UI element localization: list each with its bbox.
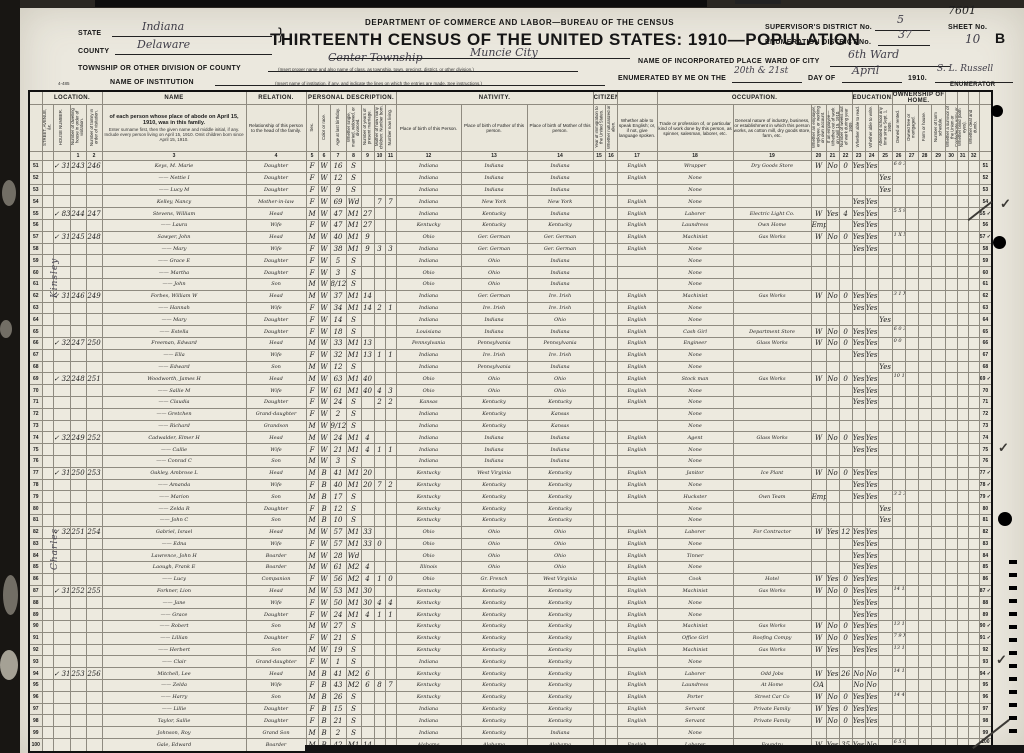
cell-fs — [931, 208, 945, 220]
cell-sex: F — [306, 444, 318, 456]
cell-sch: Yes — [878, 314, 892, 326]
cell-eng — [617, 514, 657, 526]
institution-note: (Insert name of institution, if any, and… — [275, 81, 482, 86]
cell-ow — [826, 609, 839, 621]
cell-ind: Electric Light Co. — [733, 208, 811, 220]
cell-cls — [811, 503, 826, 515]
cell-ow — [826, 314, 839, 326]
cell-df — [968, 573, 979, 585]
cell-ind: Ice Plant — [733, 467, 811, 479]
cell-fh — [918, 337, 931, 349]
cell-ln: 62 — [29, 290, 42, 302]
cell-wr: Yes — [865, 161, 878, 173]
cell-age: 32 — [330, 349, 346, 361]
table-row: 63—— HannahWifeFW34M11421IndianaIre. Iri… — [29, 302, 992, 314]
cell-sch — [878, 526, 892, 538]
cell-ind: Gas Works — [733, 290, 811, 302]
cell-imm — [593, 196, 605, 208]
cell-rel: Boarder — [246, 562, 306, 574]
cell-fam — [86, 314, 102, 326]
table-row: 78—— AmandaWifeFB40M12072KentuckyKentuck… — [29, 479, 992, 491]
cell-occ: None — [657, 479, 733, 491]
cell-name: —— Estella — [102, 326, 246, 338]
cell-nat — [605, 208, 617, 220]
cell-war — [945, 385, 957, 397]
cell-fam — [86, 361, 102, 373]
cell-name: —— Grace E — [102, 255, 246, 267]
cell-rd: Yes — [852, 550, 865, 562]
cell-age: 57 — [330, 526, 346, 538]
cell-rd: Yes — [852, 621, 865, 633]
cell-bp: Kentucky — [396, 491, 461, 503]
cell-mar: M2 — [346, 668, 361, 680]
cell-age: 2 — [330, 408, 346, 420]
cell-rd — [852, 172, 865, 184]
cell-rel: Head — [246, 337, 306, 349]
cell-bl — [957, 196, 968, 208]
cell-ow — [826, 503, 839, 515]
cell-col: W — [318, 573, 330, 585]
cell-ln: 89 — [29, 609, 42, 621]
cell-sex: M — [306, 361, 318, 373]
col-eng-number: 17 — [617, 152, 657, 161]
cell-st — [42, 361, 53, 373]
cell-eng: English — [617, 243, 657, 255]
cell-fbp: Indiana — [461, 326, 527, 338]
table-row: 53—— Lucy MDaughterFW9SIndianaIndianaInd… — [29, 184, 992, 196]
cell-hn — [53, 314, 70, 326]
cell-name: Stevens, William — [102, 208, 246, 220]
cell-dw — [70, 361, 86, 373]
cell-mbp: Kentucky — [527, 479, 593, 491]
cell-age: 24 — [330, 609, 346, 621]
col-bp-number: 12 — [396, 152, 461, 161]
cell-ln: 68 — [29, 361, 42, 373]
cell-bp: Ohio — [396, 373, 461, 385]
cell-rel: Daughter — [246, 161, 306, 173]
cell-ind — [733, 278, 811, 290]
cell-mar: M1 — [346, 373, 361, 385]
cell-fam: 256 — [86, 668, 102, 680]
cell-wks — [839, 349, 852, 361]
cell-rel: Mother-in-law — [246, 196, 306, 208]
cell-mar: M1 — [346, 349, 361, 361]
cell-ind: Gas Works — [733, 644, 811, 656]
cell-rd: Yes — [852, 644, 865, 656]
cell-mar: S — [346, 491, 361, 503]
cell-mar: S — [346, 727, 361, 739]
cell-ind: Street Car Co — [733, 691, 811, 703]
cell-dw — [70, 184, 86, 196]
cell-war — [945, 632, 957, 644]
cell-sex: F — [306, 255, 318, 267]
cell-fbp: Kentucky — [461, 715, 527, 727]
cell-sch — [878, 278, 892, 290]
cell-mar: M1 — [346, 585, 361, 597]
col-fh-header: Farm or house. — [918, 105, 931, 152]
cell-sch — [878, 621, 892, 633]
cell-rn: 53 — [979, 184, 992, 196]
cell-name: —— Marion — [102, 491, 246, 503]
cell-nat — [605, 514, 617, 526]
cell-mbp: Indiana — [527, 184, 593, 196]
cell-fh — [918, 278, 931, 290]
cell-rn: 67 — [979, 349, 992, 361]
cell-nat — [605, 278, 617, 290]
cell-cl — [385, 691, 396, 703]
cell-wks: 0 — [839, 621, 852, 633]
cell-imm — [593, 302, 605, 314]
col-occ-header: Trade or profession of, or particular ki… — [657, 105, 733, 152]
cell-mar: S — [346, 656, 361, 668]
cell-fs — [931, 479, 945, 491]
cell-cl — [385, 432, 396, 444]
cell-cls: W — [811, 373, 826, 385]
cell-st — [42, 680, 53, 692]
cell-rel: Daughter — [246, 314, 306, 326]
cell-fam — [86, 491, 102, 503]
cell-sex: F — [306, 715, 318, 727]
col-imm-number: 15 — [593, 152, 605, 161]
cell-yrs — [361, 621, 374, 633]
cell-rn: 69 ✓ — [979, 373, 992, 385]
cell-cb — [374, 161, 385, 173]
cell-cb — [374, 455, 385, 467]
cell-name: —— Amanda — [102, 479, 246, 491]
cell-wks: 0 — [839, 373, 852, 385]
county-label: COUNTY — [78, 48, 109, 55]
cell-wr — [865, 255, 878, 267]
cell-war — [945, 420, 957, 432]
cell-cb: 1 — [374, 573, 385, 585]
col-fam-number: 2 — [86, 152, 102, 161]
col-ind-header: General nature of industry, business, or… — [733, 105, 811, 152]
cell-bp: Indiana — [396, 715, 461, 727]
cell-bp: Kentucky — [396, 680, 461, 692]
cell-cls: W — [811, 691, 826, 703]
cell-cls — [811, 314, 826, 326]
cell-mar: S — [346, 314, 361, 326]
cell-ln: 80 — [29, 503, 42, 515]
cell-rd — [852, 361, 865, 373]
cell-bl — [957, 326, 968, 338]
cell-war — [945, 314, 957, 326]
cell-ind — [733, 314, 811, 326]
cell-ow — [826, 444, 839, 456]
cell-sch — [878, 161, 892, 173]
cell-col: W — [318, 538, 330, 550]
cell-cl: 2 — [385, 479, 396, 491]
cell-rd: Yes — [852, 302, 865, 314]
cell-eng: English — [617, 196, 657, 208]
cell-bl — [957, 243, 968, 255]
cell-age: 41 — [330, 668, 346, 680]
cell-imm — [593, 432, 605, 444]
cell-nat — [605, 609, 617, 621]
cell-imm — [593, 255, 605, 267]
cell-eng: English — [617, 219, 657, 231]
cell-nat — [605, 196, 617, 208]
cell-rn: 70 — [979, 385, 992, 397]
pencil-check: ✓ — [1000, 196, 1011, 212]
cell-mbp: Pennsylvania — [527, 337, 593, 349]
col-orh-number: 26 — [892, 152, 905, 161]
cell-name: Freeman, Edward — [102, 337, 246, 349]
cell-dw — [70, 597, 86, 609]
cell-age: 3 — [330, 267, 346, 279]
cell-fam: 247 — [86, 208, 102, 220]
cell-occ: None — [657, 243, 733, 255]
cell-fs — [931, 302, 945, 314]
cell-name: —— Hannah — [102, 302, 246, 314]
cell-ind: At Home — [733, 680, 811, 692]
cell-fm — [905, 680, 918, 692]
cell-mar: M1 — [346, 609, 361, 621]
cell-name: Keys, M. Marie — [102, 161, 246, 173]
col-yrs-header: Number of years of present marriage. — [361, 105, 374, 152]
col-hn-number — [53, 152, 70, 161]
cell-cb — [374, 408, 385, 420]
cell-mbp: Ire. Irish — [527, 349, 593, 361]
cell-ind — [733, 538, 811, 550]
cell-cb — [374, 691, 385, 703]
cell-dw — [70, 538, 86, 550]
cell-fam — [86, 444, 102, 456]
cell-sch — [878, 196, 892, 208]
col-wr-number: 24 — [865, 152, 878, 161]
col-fbp-number: 13 — [461, 152, 527, 161]
cell-fs — [931, 314, 945, 326]
cell-mar: M1 — [346, 208, 361, 220]
cell-yrs: 4 — [361, 562, 374, 574]
col-fm-number: 27 — [905, 152, 918, 161]
cell-ln: 83 — [29, 538, 42, 550]
cell-yrs: 40 — [361, 373, 374, 385]
cell-fbp: Kentucky — [461, 585, 527, 597]
cell-cls — [811, 550, 826, 562]
cell-sex: M — [306, 208, 318, 220]
cell-sch — [878, 373, 892, 385]
cell-occ: Servant — [657, 715, 733, 727]
col-occ-number: 18 — [657, 152, 733, 161]
cell-imm — [593, 314, 605, 326]
cell-fm — [905, 161, 918, 173]
cell-imm — [593, 715, 605, 727]
cell-dw — [70, 219, 86, 231]
cell-cls — [811, 302, 826, 314]
cell-yrs — [361, 491, 374, 503]
cell-rn: 73 — [979, 420, 992, 432]
cell-mbp: Ohio — [527, 373, 593, 385]
cell-age: 15 — [330, 703, 346, 715]
cell-rel: Son — [246, 491, 306, 503]
cell-fbp: West Virginia — [461, 467, 527, 479]
cell-cls — [811, 609, 826, 621]
cell-cl — [385, 585, 396, 597]
cell-occ: Machinist — [657, 644, 733, 656]
cell-occ: None — [657, 727, 733, 739]
col-col-number: 6 — [318, 152, 330, 161]
cell-rel: Grand-daughter — [246, 408, 306, 420]
census-sheet: STATE Indiana COUNTY Delaware } TOWNSHIP… — [20, 8, 1024, 753]
cell-fbp: Pennsylvania — [461, 361, 527, 373]
table-row: 96—— HarrySonMB26SKentuckyKentuckyKentuc… — [29, 691, 992, 703]
cell-cl: 3 — [385, 243, 396, 255]
cell-yrs: 4 — [361, 573, 374, 585]
cell-col: B — [318, 680, 330, 692]
cell-ow — [826, 597, 839, 609]
cell-eng: English — [617, 208, 657, 220]
cell-eng: English — [617, 668, 657, 680]
cell-rd: Yes — [852, 432, 865, 444]
cell-ind — [733, 408, 811, 420]
cell-dw: 245 — [70, 231, 86, 243]
cell-war — [945, 231, 957, 243]
cell-cb — [374, 326, 385, 338]
cell-dw — [70, 739, 86, 753]
cell-sch — [878, 337, 892, 349]
cell-fs — [931, 585, 945, 597]
cell-col: W — [318, 656, 330, 668]
cell-dw — [70, 349, 86, 361]
cell-fh — [918, 208, 931, 220]
cell-ind: Odd Jobs — [733, 668, 811, 680]
cell-fh — [918, 314, 931, 326]
cell-occ: None — [657, 609, 733, 621]
cell-ln: 70 — [29, 385, 42, 397]
cell-sch — [878, 479, 892, 491]
cell-cb — [374, 373, 385, 385]
cell-age: 1 — [330, 656, 346, 668]
cell-age: 47 — [330, 219, 346, 231]
cell-fh — [918, 503, 931, 515]
cell-cb: 1 — [374, 444, 385, 456]
cell-mar: S — [346, 644, 361, 656]
cell-fs — [931, 514, 945, 526]
cell-wks — [839, 361, 852, 373]
cell-hn: ✓ 318 — [53, 668, 70, 680]
cell-rel: Daughter — [246, 503, 306, 515]
cell-rd: Yes — [852, 703, 865, 715]
cell-age: 63 — [330, 373, 346, 385]
group-header-personal-description: PERSONAL DESCRIPTION. — [306, 91, 396, 105]
cell-ow: No — [826, 632, 839, 644]
cell-mar: M1 — [346, 385, 361, 397]
cell-eng: English — [617, 172, 657, 184]
table-row: 57✓ 313245248Sawyer, JohnHeadMW40M19Ohio… — [29, 231, 992, 243]
table-row: 80—— Zelda RDaughterFB12SKentuckyKentuck… — [29, 503, 992, 515]
cell-fbp: Ger. German — [461, 290, 527, 302]
cell-st — [42, 302, 53, 314]
cell-dw — [70, 314, 86, 326]
cell-age: 21 — [330, 632, 346, 644]
cell-fbp: Kentucky — [461, 503, 527, 515]
cell-ow: Yes — [826, 668, 839, 680]
cell-fam — [86, 691, 102, 703]
cell-orh: 14 13 1 X X — [892, 585, 905, 597]
cell-yrs: 20 — [361, 467, 374, 479]
cell-fm — [905, 503, 918, 515]
cell-mar: M1 — [346, 302, 361, 314]
cell-cb — [374, 432, 385, 444]
cell-ln: 54 — [29, 196, 42, 208]
cell-nat — [605, 503, 617, 515]
cell-age: 9/12 — [330, 420, 346, 432]
cell-sex: M — [306, 621, 318, 633]
cell-cls: W — [811, 715, 826, 727]
cell-sch — [878, 491, 892, 503]
cell-dw — [70, 196, 86, 208]
cell-name: —— Richard — [102, 420, 246, 432]
cell-occ: Agent — [657, 432, 733, 444]
cell-wr: Yes — [865, 632, 878, 644]
cell-fam — [86, 267, 102, 279]
cell-wks — [839, 609, 852, 621]
cell-dw — [70, 644, 86, 656]
cell-sch — [878, 432, 892, 444]
col-imm-header: Year of immigration to the United States… — [593, 105, 605, 152]
cell-rd: Yes — [852, 385, 865, 397]
cell-occ: Laundress — [657, 680, 733, 692]
cell-col: W — [318, 621, 330, 633]
cell-ln: 55 — [29, 208, 42, 220]
cell-bl — [957, 161, 968, 173]
cell-occ: Engineer — [657, 337, 733, 349]
cell-mar: S — [346, 184, 361, 196]
cell-rel: Daughter — [246, 715, 306, 727]
cell-fs — [931, 597, 945, 609]
cell-fh — [918, 491, 931, 503]
cell-st — [42, 385, 53, 397]
table-row: 62✓ 314246249Forbes, William WHeadMW37M1… — [29, 290, 992, 302]
cell-war — [945, 255, 957, 267]
table-row: 87✓ 316252255Forkner, LionHeadMW53M130Ke… — [29, 585, 992, 597]
cell-hn — [53, 703, 70, 715]
cell-imm — [593, 621, 605, 633]
cell-st — [42, 585, 53, 597]
cell-cb: 7 — [374, 196, 385, 208]
cell-cb — [374, 314, 385, 326]
cell-rd: Yes — [852, 337, 865, 349]
enum-district-field: 37 — [878, 31, 930, 46]
cell-fbp: Indiana — [461, 432, 527, 444]
cell-df — [968, 491, 979, 503]
cell-rel: Wife — [246, 479, 306, 491]
cell-fam — [86, 503, 102, 515]
cell-ln: 72 — [29, 408, 42, 420]
cell-eng: English — [617, 680, 657, 692]
cell-rd — [852, 420, 865, 432]
cell-ow: No — [826, 161, 839, 173]
cell-name: Gale, Edward — [102, 739, 246, 753]
cell-ind — [733, 172, 811, 184]
cell-occ: None — [657, 302, 733, 314]
cell-hn — [53, 680, 70, 692]
cell-fh — [918, 597, 931, 609]
cell-rn: 58 — [979, 243, 992, 255]
cell-rn: 93 — [979, 656, 992, 668]
cell-hn — [53, 644, 70, 656]
cell-mar: S — [346, 172, 361, 184]
cell-orh: 10 10 7 X X — [892, 373, 905, 385]
cell-wr: Yes — [865, 196, 878, 208]
cell-imm — [593, 385, 605, 397]
col-cb-number: 10 — [374, 152, 385, 161]
cell-mar: S — [346, 503, 361, 515]
cell-wr — [865, 656, 878, 668]
cell-sch — [878, 396, 892, 408]
cell-orh — [892, 267, 905, 279]
